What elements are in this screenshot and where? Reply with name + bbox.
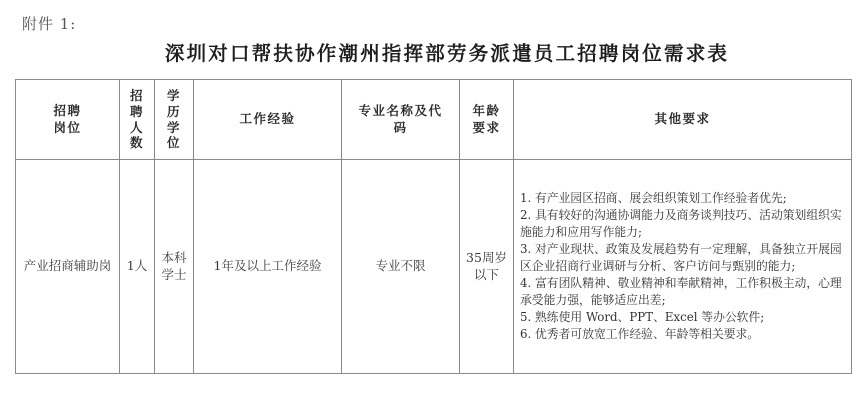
header-major-line-1: 专业名称及代 bbox=[342, 103, 459, 120]
header-headcount-char: 数 bbox=[120, 135, 154, 151]
header-position: 招聘 岗位 bbox=[16, 80, 120, 160]
cell-experience: 1年及以上工作经验 bbox=[194, 160, 342, 374]
requirement-item: 5. 熟练使用 Word、PPT、Excel 等办公软件; bbox=[520, 309, 845, 326]
header-degree-char: 学 bbox=[155, 120, 193, 136]
cell-age: 35周岁 以下 bbox=[460, 160, 514, 374]
cell-position: 产业招商辅助岗 bbox=[16, 160, 120, 374]
header-age-line-1: 年龄 bbox=[460, 103, 513, 120]
job-requirements-table: 招聘 岗位 招 聘 人 数 学 历 学 位 工作经验 专业名称及代 码 年龄 要… bbox=[15, 79, 852, 374]
requirement-item: 1. 有产业园区招商、展会组织策划工作经验者优先; bbox=[520, 190, 845, 207]
requirement-item: 3. 对产业现状、政策及发展趋势有一定理解，具备独立开展园区企业招商行业调研与分… bbox=[520, 241, 845, 275]
cell-major: 专业不限 bbox=[342, 160, 460, 374]
header-position-line-1: 招聘 bbox=[16, 103, 119, 120]
requirement-item: 6. 优秀者可放宽工作经验、年龄等相关要求。 bbox=[520, 326, 845, 343]
cell-degree: 本科 学士 bbox=[155, 160, 194, 374]
header-degree-char: 历 bbox=[155, 104, 193, 120]
header-experience: 工作经验 bbox=[194, 80, 342, 160]
cell-other-requirements: 1. 有产业园区招商、展会组织策划工作经验者优先; 2. 具有较好的沟通协调能力… bbox=[514, 160, 852, 374]
requirement-item: 2. 具有较好的沟通协调能力及商务谈判技巧、活动策划组织实施能力和应用写作能力; bbox=[520, 207, 845, 241]
attachment-label: 附件 1: bbox=[22, 13, 76, 34]
cell-age-line-2: 以下 bbox=[460, 267, 513, 284]
cell-age-line-1: 35周岁 bbox=[460, 250, 513, 267]
header-headcount-char: 人 bbox=[120, 120, 154, 136]
header-headcount: 招 聘 人 数 bbox=[120, 80, 155, 160]
header-position-line-2: 岗位 bbox=[16, 120, 119, 137]
header-degree: 学 历 学 位 bbox=[155, 80, 194, 160]
header-headcount-char: 招 bbox=[120, 88, 154, 104]
header-major-line-2: 码 bbox=[342, 120, 459, 137]
header-degree-char: 学 bbox=[155, 88, 193, 104]
header-age: 年龄 要求 bbox=[460, 80, 514, 160]
document-title: 深圳对口帮扶协作潮州指挥部劳务派遣员工招聘岗位需求表 bbox=[0, 38, 864, 66]
cell-degree-line-1: 本科 bbox=[155, 250, 193, 267]
header-major: 专业名称及代 码 bbox=[342, 80, 460, 160]
header-headcount-char: 聘 bbox=[120, 104, 154, 120]
requirement-item: 4. 富有团队精神、敬业精神和奉献精神，工作积极主动，心理承受能力强，能够适应出… bbox=[520, 275, 845, 309]
table-row: 产业招商辅助岗 1人 本科 学士 1年及以上工作经验 专业不限 35周岁 以下 … bbox=[16, 160, 852, 374]
header-other-requirements: 其他要求 bbox=[514, 80, 852, 160]
cell-degree-line-2: 学士 bbox=[155, 267, 193, 284]
header-age-line-2: 要求 bbox=[460, 120, 513, 137]
table-header-row: 招聘 岗位 招 聘 人 数 学 历 学 位 工作经验 专业名称及代 码 年龄 要… bbox=[16, 80, 852, 160]
header-degree-char: 位 bbox=[155, 135, 193, 151]
cell-headcount: 1人 bbox=[120, 160, 155, 374]
